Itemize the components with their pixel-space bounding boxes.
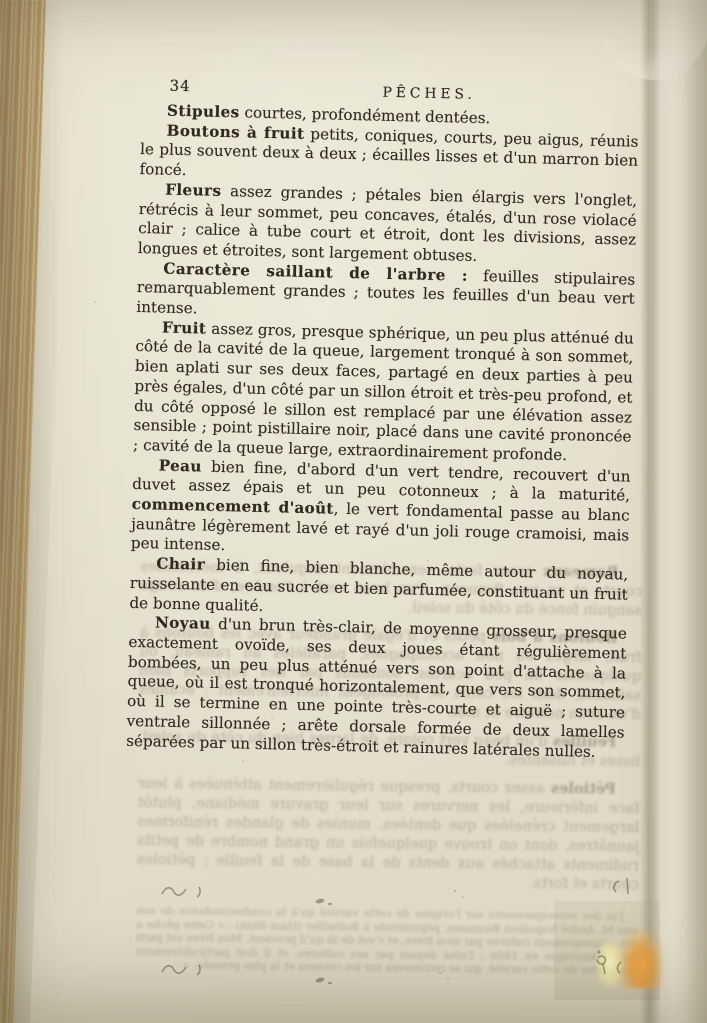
inline-bold-text: commencement d'août — [132, 495, 334, 518]
paragraph-text: bien fine, bien blanche, même autour du … — [129, 556, 628, 615]
bright-stain-spot — [596, 940, 623, 988]
showthrough-text: assez courts, presque régulièrement atté… — [137, 775, 640, 893]
print-paragraphs: Stipules courtes, profondément dentées.B… — [126, 101, 639, 763]
paragraph-lead: Peau — [158, 456, 202, 475]
paragraph-text: d'un brun très-clair, de moyenne grosseu… — [126, 615, 627, 760]
paragraph-text: assez gros, presque sphérique, un peu pl… — [133, 319, 634, 464]
showthrough-paragraph: Pétioles assez courts, presque régulière… — [137, 774, 640, 894]
orange-stain — [618, 928, 664, 988]
book-page-photo: Rameaux assez forts, sensiblement angule… — [0, 0, 707, 1023]
paragraph-lead: Stipules — [167, 102, 240, 122]
paragraph: Fleurs assez grandes ; pétales bien élar… — [138, 180, 638, 271]
paragraph-lead: Fruit — [162, 318, 207, 337]
running-title: PÊCHES. — [382, 84, 476, 106]
paragraph: Fruit assez gros, presque sphérique, un … — [133, 318, 634, 468]
paragraph: Peau bien fine, d'abord d'un vert tendre… — [131, 456, 631, 566]
paragraph-lead: Chair — [156, 555, 205, 574]
facing-page-edge — [652, 0, 707, 1023]
paragraph-lead: Noyau — [155, 614, 211, 633]
printed-text-block: 34 PÊCHES. Stipules courtes, profondémen… — [126, 70, 640, 763]
left-page-edges — [0, 0, 60, 1023]
paragraph: Noyau d'un brun très-clair, de moyenne g… — [126, 613, 627, 763]
showthrough-lead: Pétioles — [551, 780, 616, 798]
paragraph-lead: Boutons à fruit — [166, 121, 304, 142]
paragraph-lead: Fleurs — [165, 180, 222, 199]
page-number: 34 — [169, 77, 191, 97]
